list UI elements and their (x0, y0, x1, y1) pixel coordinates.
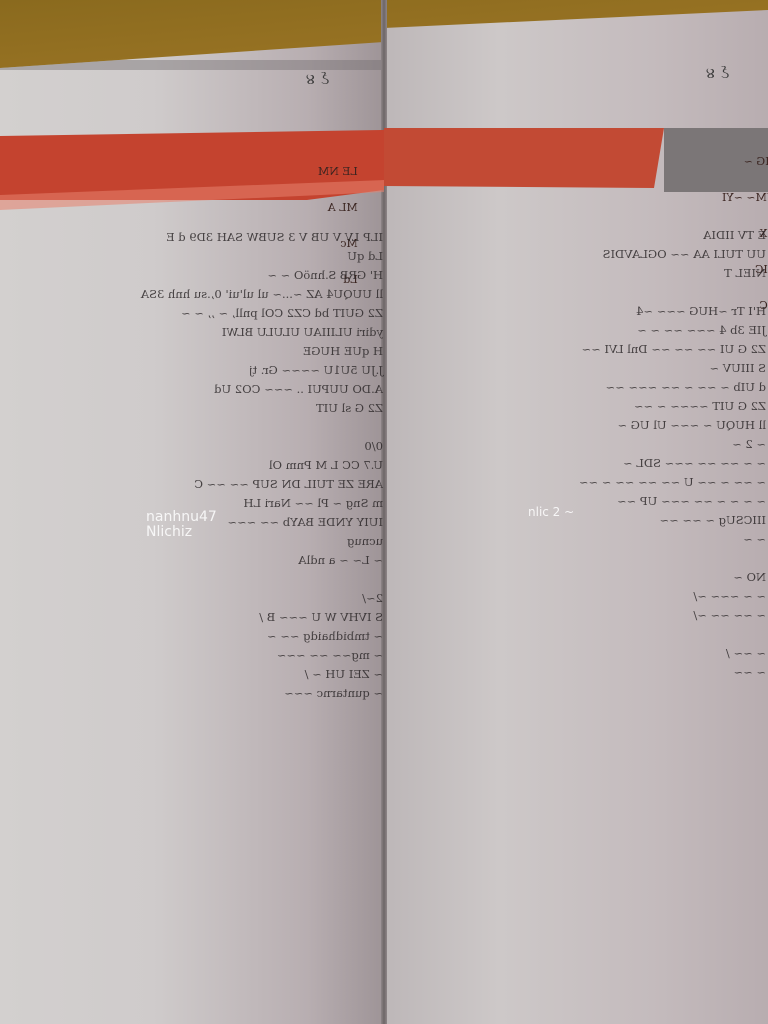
text-line: ~ ~~ / (400, 644, 766, 663)
text-line: ~ ~~ (400, 663, 766, 682)
white-overlay-text-right: nlic 2 ~ (528, 505, 574, 520)
text-line: 0/0 (18, 437, 383, 456)
band-text-line: ML A (318, 202, 358, 214)
text-line: S IIIUV ~ (400, 359, 766, 378)
text-line: Ld qU (18, 247, 383, 266)
text-line: ~ 2 ~ (400, 435, 766, 454)
text-line: ~ tmbidhaidg ~~ ~ (18, 627, 383, 646)
text-line: NO ~ (400, 568, 766, 587)
band-text-line: LE NM (318, 166, 358, 178)
text-line: ydiri ULIIIAU ULULU BLWI (18, 323, 383, 342)
text-line: S IVHV W U ~~~ B / (18, 608, 383, 627)
text-line (18, 570, 383, 589)
text-line: H'I Tr ~HUG ~~~ ~4 (400, 302, 766, 321)
text-line: ~ ~ ~~~ ~/ (400, 587, 766, 606)
text-line (400, 283, 766, 302)
right-header-mark: ર્ટ ૪ (705, 66, 729, 82)
text-line: d UIb ~ ~~ ~ ~~ ~~~ ~~ (400, 378, 766, 397)
text-line: ll UUQU4 AZ ~...~ ul ul'ui' 0,.su hnh 3S… (18, 285, 383, 304)
text-line: Z2 G UI ~~ ~~ ~~ Dnl LVI ~~ (400, 340, 766, 359)
text-line: J.JU 5U1U ~~~~ Gr. tj (18, 361, 383, 380)
text-line: ~ L~ ~ a ndlA (18, 551, 383, 570)
text-line: JIE 3b 4 ~~~ ~~ ~ ~ (400, 321, 766, 340)
text-line: Z2 G UIT ~~~~ ~ ~~ (400, 397, 766, 416)
text-line: E TV IIDIA (400, 226, 766, 245)
text-line: ~ ~ ~~ ~~ ~~~ SDL ~ (400, 454, 766, 473)
right-page-text: E TV IIDIAUU TULI AA ~~ OGLAVDISNIEL T H… (400, 226, 766, 682)
text-line: Z2 G sl UIT (18, 399, 383, 418)
text-line: ~ ~ ~ ~ ~~ ~~~ UP ~~ (400, 492, 766, 511)
text-line: NIEL T (400, 264, 766, 283)
band-text-line: NM~ ~YI (722, 192, 768, 204)
text-line: Z2 GUIT bd CZ2 COl pnll, ~ ,, ~ ~ (18, 304, 383, 323)
text-line: 2~/ (18, 589, 383, 608)
text-line: H' GRB S.hnöO ~ ~ (18, 266, 383, 285)
text-line: UU TULI AA ~~ OGLAVDIS (400, 245, 766, 264)
left-page-text: ILP LV V UB V 3 SUBW SAH 3D9 d ELd qUH' … (18, 228, 383, 703)
overlay-line: nlic 2 ~ (528, 505, 574, 520)
text-line: ~ ~~ ~ ~~ U ~~ ~~ ~~ ~ ~~ (400, 473, 766, 492)
text-line (400, 549, 766, 568)
text-line: ~ mg~~ ~~ ~~~ (18, 646, 383, 665)
text-line (400, 625, 766, 644)
text-line: ~ ZEI UH ~ / (18, 665, 383, 684)
overlay-line: nanhnu47 (146, 510, 217, 525)
left-header-mark: ર્ટ ૪ (305, 72, 329, 88)
text-line: H qUE HUGE (18, 342, 383, 361)
text-line (18, 418, 383, 437)
text-line: ILP LV V UB V 3 SUBW SAH 3D9 d E (18, 228, 383, 247)
white-overlay-text-left: nanhnu47 Nlichiz (146, 510, 217, 540)
text-line: ~ ~ (400, 530, 766, 549)
overlay-line: Nlichiz (146, 525, 217, 540)
text-line: U.7 CC L M Pnm Ol (18, 456, 383, 475)
text-line: A.DO UUPUI .. ~~~ CO2 Ud (18, 380, 383, 399)
text-line: IIICSUg ~ ~~ ~~ (400, 511, 766, 530)
band-text-line: MG ~ (722, 156, 768, 168)
text-line: ll HUQU ~ ~~~ Ul UG ~ (400, 416, 766, 435)
text-line: ~ ~~ ~~ ~/ (400, 606, 766, 625)
text-line: ARE ZE TUIL DN SUP ~~ ~~ C (18, 475, 383, 494)
text-line: ~ quntarnc ~~~ (18, 684, 383, 703)
